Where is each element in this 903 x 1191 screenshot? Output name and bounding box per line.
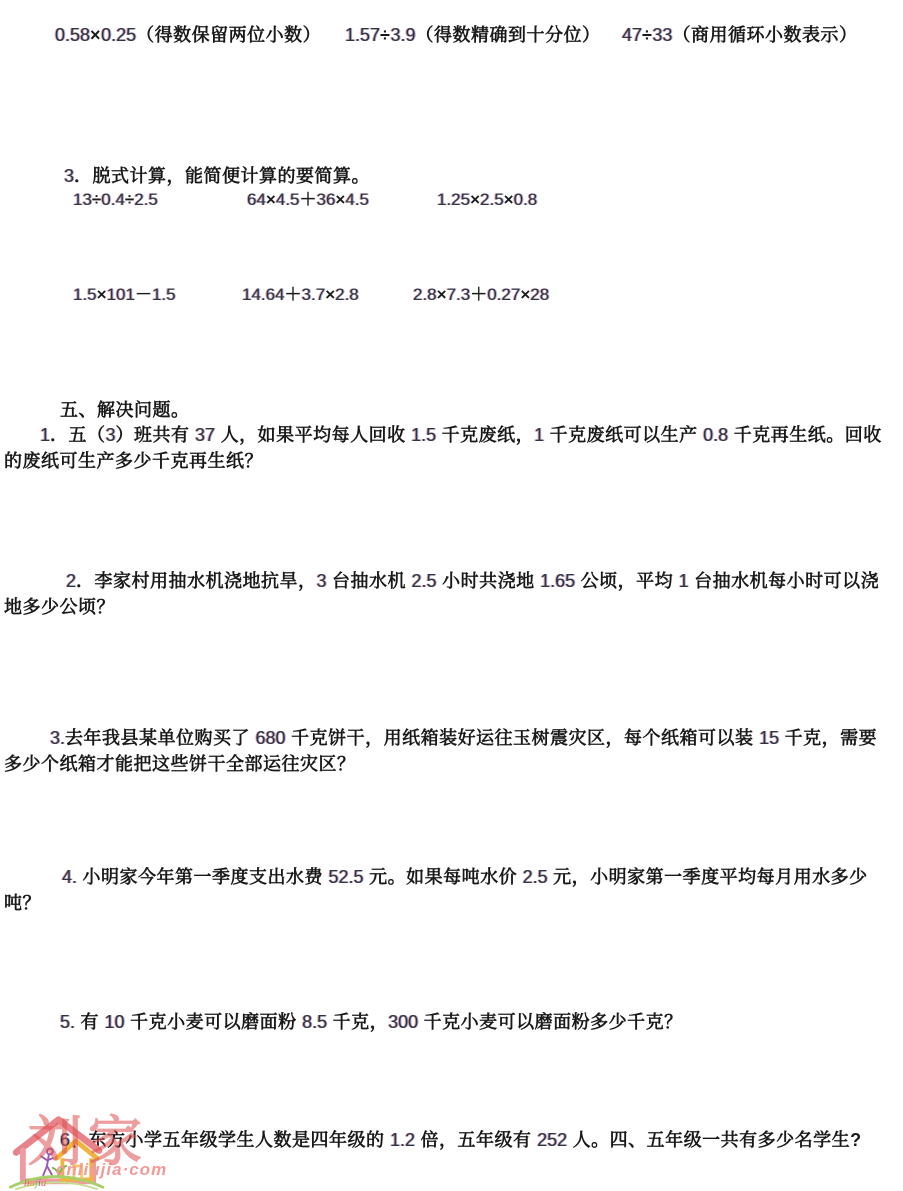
word-problem-1: 1．五（3）班共有 37 人，如果平均每人回收 1.5 千克废纸，1 千克废纸可… [4, 422, 893, 474]
word-problem-2: 2．李家村用抽水机浇地抗旱，3 台抽水机 2.5 小时共浇地 1.65 公顷，平… [4, 568, 893, 620]
word-problem-5: 5. 有 10 千克小麦可以磨面粉 8.5 千克，300 千克小麦可以磨面粉多少… [4, 1009, 893, 1035]
expression-6: 2.8×7.3＋0.27×28 [413, 285, 549, 305]
expression-3: 1.25×2.5×0.8 [437, 190, 537, 210]
word-problem-3: 3.去年我县某单位购买了 680 千克饼干，用纸箱装好运往玉树震灾区，每个纸箱可… [4, 725, 893, 777]
section5-title: 五、解决问题。 [60, 397, 190, 423]
scribble-text: liujia [24, 1178, 46, 1189]
expression-2: 64×4.5＋36×4.5 [247, 190, 369, 210]
worksheet-page: 0.58×0.25（得数保留两位小数） 1.57÷3.9（得数精确到十分位） 4… [0, 0, 903, 1191]
expression-1: 13÷0.4÷2.5 [73, 190, 158, 210]
header-problem-3: 47÷33（商用循环小数表示） [622, 22, 857, 48]
word-problem-4: 4. 小明家今年第一季度支出水费 52.5 元。如果每吨水价 2.5 元，小明家… [4, 864, 893, 916]
section3-title: 3．脱式计算，能简便计算的要简算。 [64, 163, 370, 189]
expression-5: 14.64＋3.7×2.8 [242, 285, 359, 305]
watermark-site-text: cnliujia·com [56, 1160, 167, 1180]
expression-4: 1.5×101－1.5 [73, 285, 176, 305]
header-problem-1: 0.58×0.25（得数保留两位小数） [55, 22, 321, 48]
header-problem-2: 1.57÷3.9（得数精确到十分位） [345, 22, 600, 48]
